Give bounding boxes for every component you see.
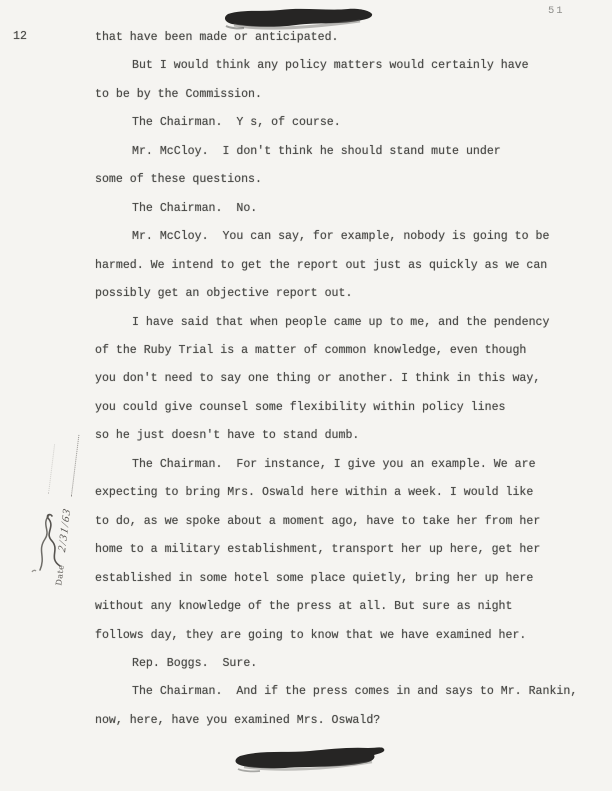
bottom-redaction-bar-icon bbox=[230, 742, 386, 776]
transcript-line: Mr. McCloy. You can say, for example, no… bbox=[95, 223, 565, 251]
transcript-body: that have been made or anticipated.But I… bbox=[95, 24, 565, 735]
date-stamp-handwritten-value: 2/31/63 bbox=[57, 506, 74, 553]
transcript-line: expecting to bring Mrs. Oswald here with… bbox=[95, 479, 565, 507]
transcript-line: Rep. Boggs. Sure. bbox=[95, 650, 565, 678]
transcript-line: harmed. We intend to get the report out … bbox=[95, 252, 565, 280]
transcript-line: established in some hotel some place qui… bbox=[95, 565, 565, 593]
stamp-dotted-line-faint bbox=[48, 444, 55, 494]
transcript-line: But I would think any policy matters wou… bbox=[95, 52, 565, 80]
transcript-line: you could give counsel some flexibility … bbox=[95, 394, 565, 422]
scanned-transcript-page: 51 12 that have been made or anticipated… bbox=[0, 0, 612, 791]
transcript-line: The Chairman. And if the press comes in … bbox=[95, 678, 565, 706]
page-number: 51 bbox=[548, 5, 565, 17]
transcript-line: to do, as we spoke about a moment ago, h… bbox=[95, 508, 565, 536]
transcript-line: some of these questions. bbox=[95, 166, 565, 194]
transcript-line: to be by the Commission. bbox=[95, 81, 565, 109]
transcript-line: Mr. McCloy. I don't think he should stan… bbox=[95, 138, 565, 166]
transcript-line: possibly get an objective report out. bbox=[95, 280, 565, 308]
transcript-line: you don't need to say one thing or anoth… bbox=[95, 365, 565, 393]
transcript-line: so he just doesn't have to stand dumb. bbox=[95, 422, 565, 450]
date-stamp-label: Date bbox=[54, 564, 66, 586]
transcript-line: home to a military establishment, transp… bbox=[95, 536, 565, 564]
transcript-line: now, here, have you examined Mrs. Oswald… bbox=[95, 707, 565, 735]
transcript-line: I have said that when people came up to … bbox=[95, 309, 565, 337]
transcript-line: without any knowledge of the press at al… bbox=[95, 593, 565, 621]
margin-line-number: 12 bbox=[13, 30, 27, 43]
transcript-line: follows day, they are going to know that… bbox=[95, 622, 565, 650]
transcript-line: The Chairman. For instance, I give you a… bbox=[95, 451, 565, 479]
transcript-line: that have been made or anticipated. bbox=[95, 24, 565, 52]
transcript-line: The Chairman. Y s, of course. bbox=[95, 109, 565, 137]
transcript-line: of the Ruby Trial is a matter of common … bbox=[95, 337, 565, 365]
transcript-line: The Chairman. No. bbox=[95, 195, 565, 223]
date-stamp-dotted-line bbox=[57, 433, 80, 496]
